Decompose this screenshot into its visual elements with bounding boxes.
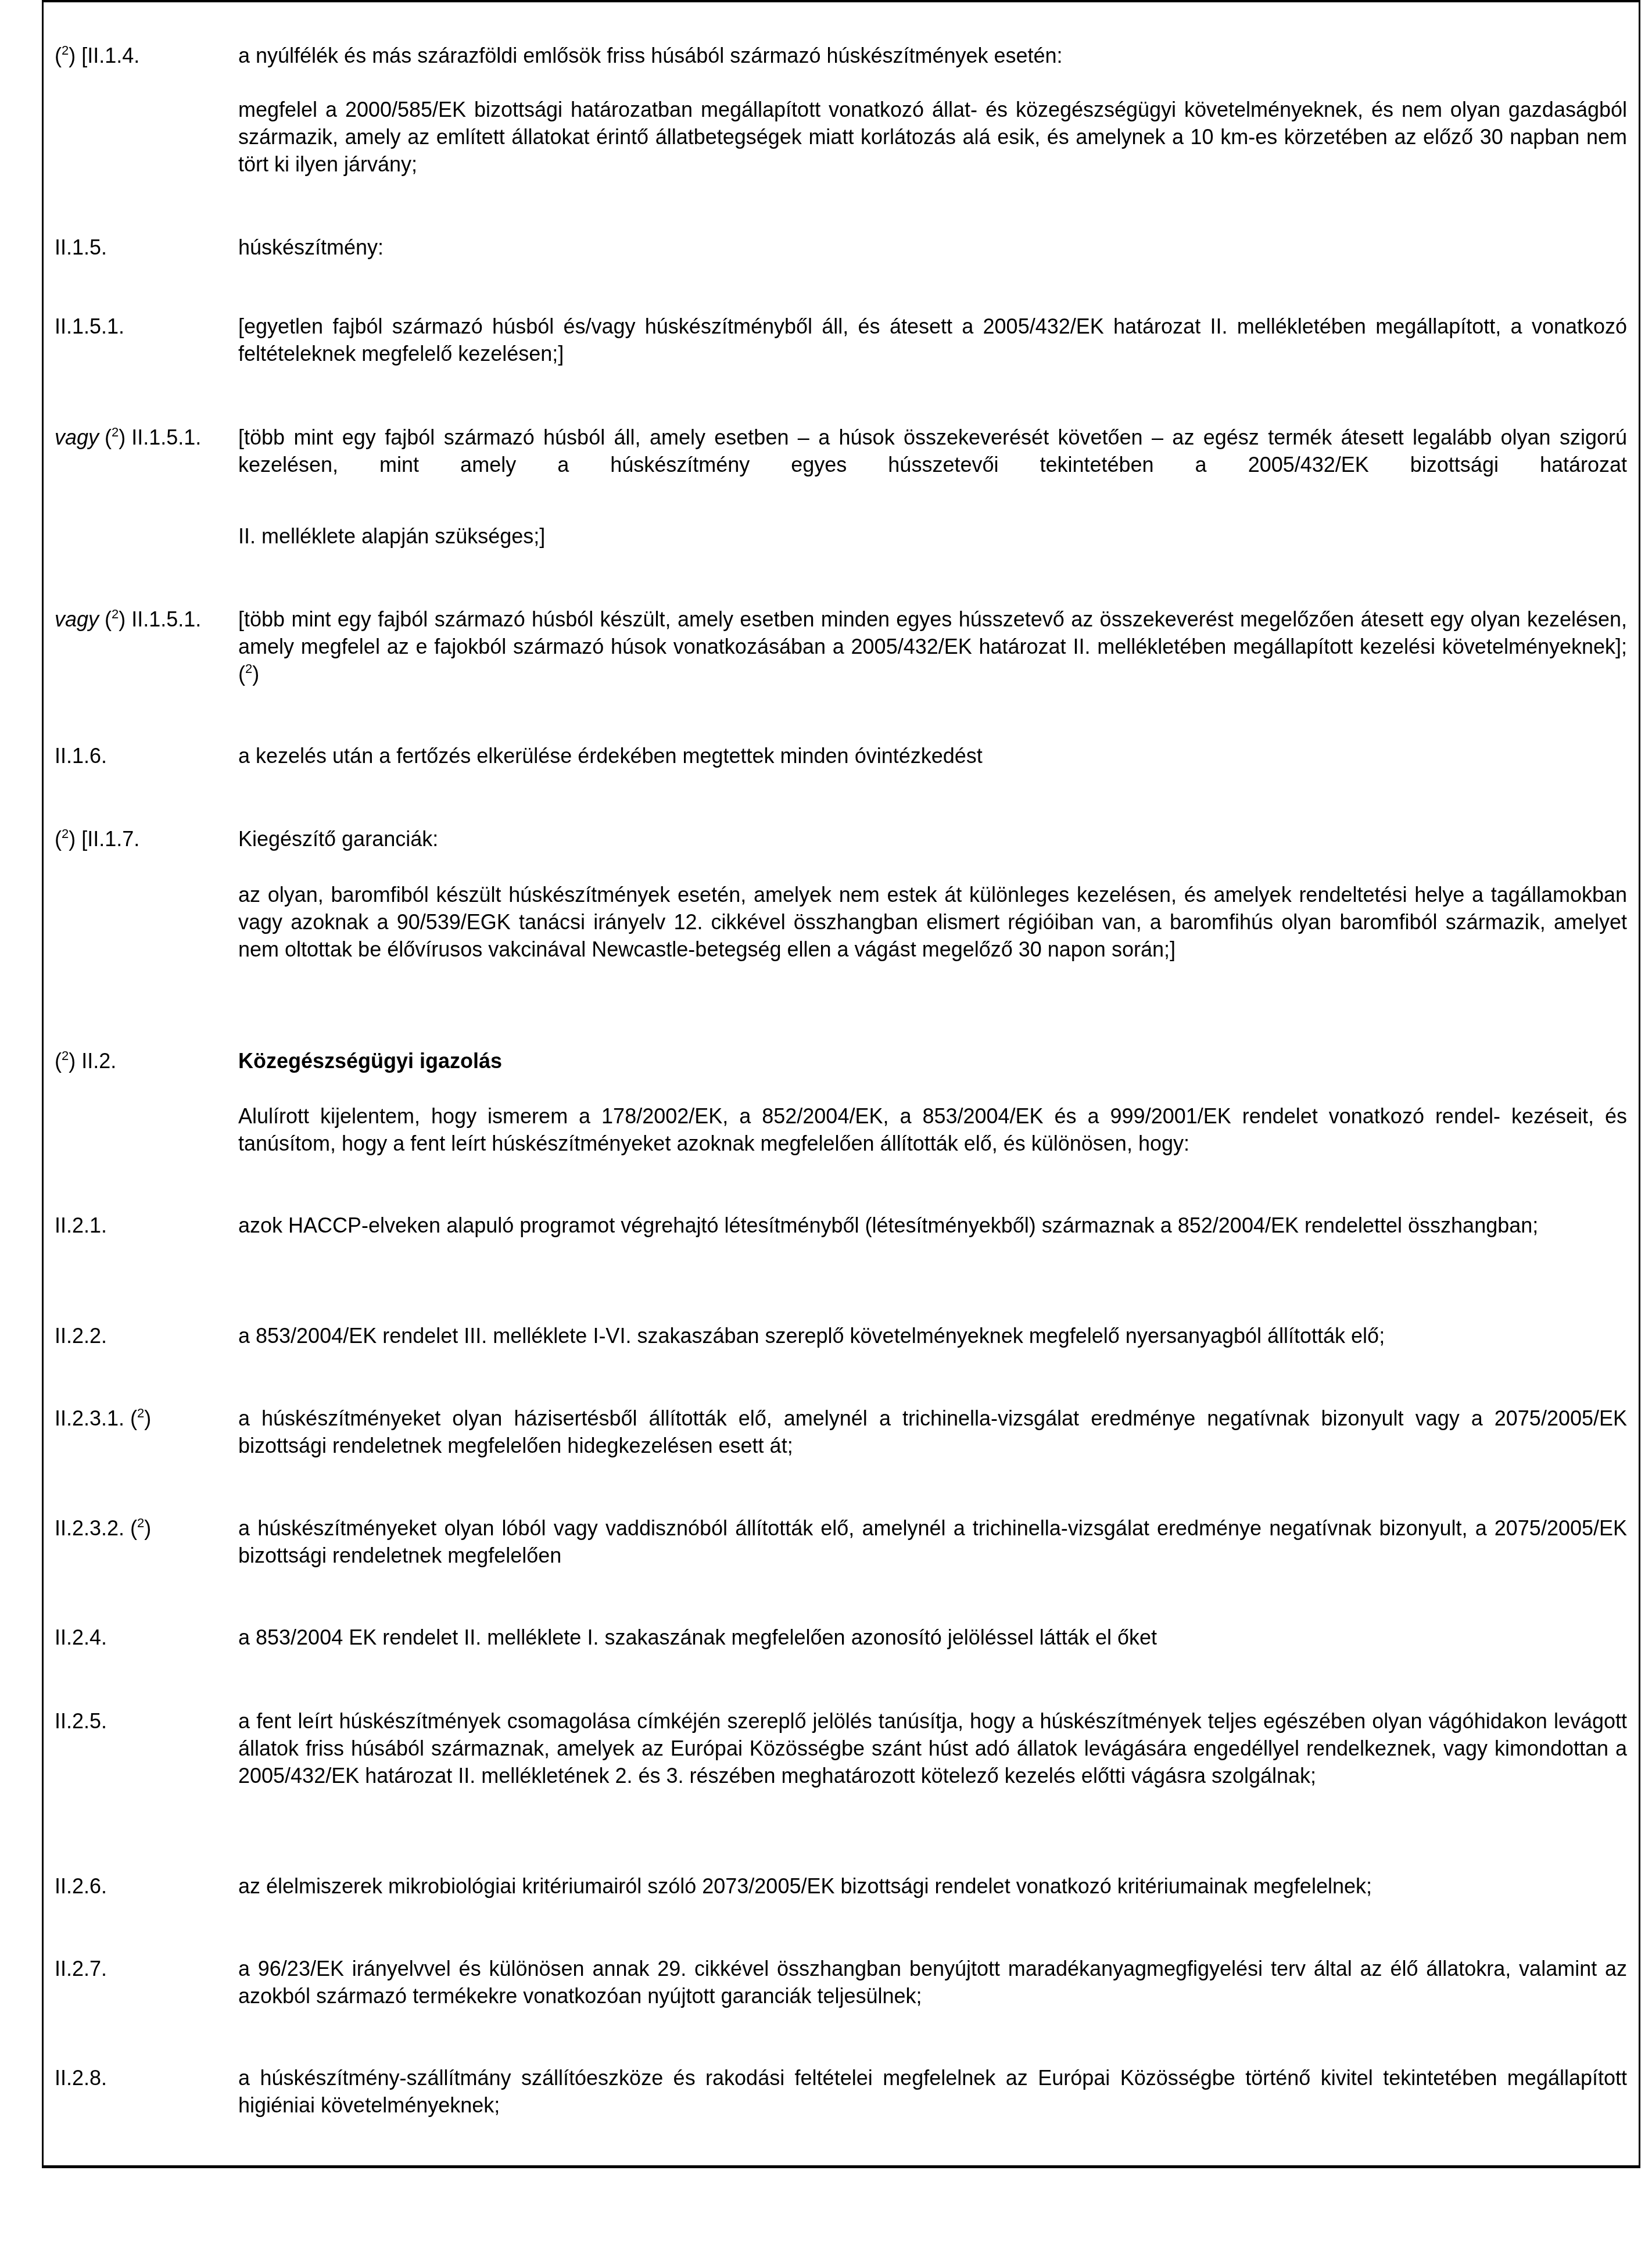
item-label: (2) [II.1.7. [55, 825, 139, 853]
item-label: II.1.5. [55, 234, 107, 261]
item-text: [egyetlen fajból származó húsból és/vagy… [238, 313, 1627, 367]
item-text: a húskészítményeket olyan házisertésből … [238, 1405, 1627, 1459]
section-heading: Közegészségügyi igazolás [238, 1047, 1627, 1075]
item-text: a húskészítmény-szállítmány szállítóeszk… [238, 2064, 1627, 2119]
item-label: II.2.4. [55, 1624, 107, 1651]
item-heading: Kiegészítő garanciák: [238, 825, 1627, 853]
item-text: a kezelés után a fertőzés elkerülése érd… [238, 742, 1627, 769]
item-text: [több mint egy fajból származó húsból ké… [238, 606, 1627, 687]
section-label: (2) II.2. [55, 1047, 116, 1075]
item-text: húskészítmény: [238, 234, 1627, 261]
item-label: II.2.6. [55, 1872, 107, 1900]
item-label: II.2.3.1. (2) [55, 1405, 151, 1432]
item-label: II.2.3.2. (2) [55, 1514, 151, 1542]
item-text: az élelmiszerek mikrobiológiai kritérium… [238, 1872, 1627, 1900]
item-label: II.2.2. [55, 1322, 107, 1349]
item-label: (2) [II.1.4. [55, 42, 139, 69]
item-label: II.1.6. [55, 742, 107, 769]
item-text: a fent leírt húskészítmények csomagolása… [238, 1707, 1627, 1789]
item-label: II.2.7. [55, 1955, 107, 1982]
section-paragraph: Alulírott kijelentem, hogy ismerem a 178… [238, 1102, 1627, 1157]
item-text: a 853/2004/EK rendelet III. melléklete I… [238, 1322, 1627, 1349]
item-paragraph: megfelel a 2000/585/EK bizottsági határo… [238, 96, 1627, 178]
item-label: II.2.8. [55, 2064, 107, 2091]
item-label: II.1.5.1. [55, 313, 124, 340]
item-heading: a nyúlfélék és más szárazföldi emlősök f… [238, 42, 1627, 69]
item-text: [több mint egy fajból származó húsból ál… [238, 424, 1627, 478]
item-label: vagy (2) II.1.5.1. [55, 606, 201, 633]
item-text: a húskészítményeket olyan lóból vagy vad… [238, 1514, 1627, 1569]
item-text: a 96/23/EK irányelvvel és különösen anna… [238, 1955, 1627, 2010]
item-text: azok HACCP-elveken alapuló programot vég… [238, 1212, 1627, 1239]
item-label: II.2.1. [55, 1212, 107, 1239]
item-paragraph: az olyan, baromfiból készült húskészítmé… [238, 881, 1627, 963]
item-continuation: II. melléklete alapján szükséges;] [238, 522, 1627, 550]
item-label: II.2.5. [55, 1707, 107, 1735]
item-label: vagy (2) II.1.5.1. [55, 424, 201, 451]
item-text: a 853/2004 EK rendelet II. melléklete I.… [238, 1624, 1627, 1651]
